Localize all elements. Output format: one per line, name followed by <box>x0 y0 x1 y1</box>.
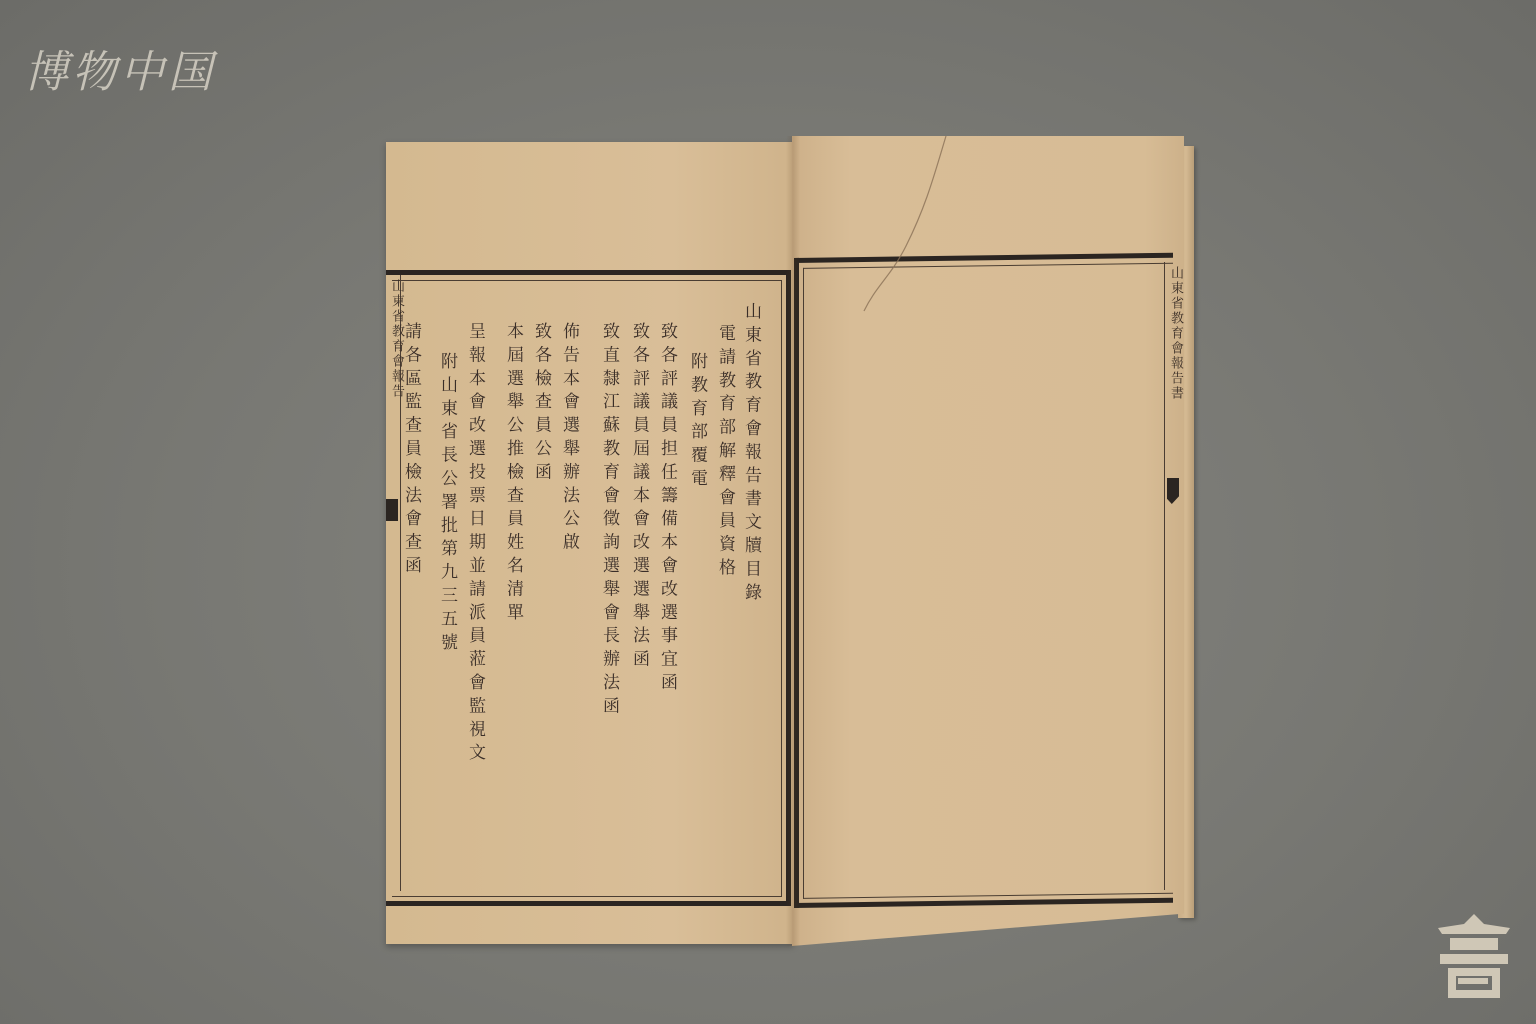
toc-entry: 致各評議員担任籌備本會改選事宜函 <box>658 322 675 696</box>
fishtail-mark-icon <box>386 499 398 521</box>
museum-watermark: 博物中国 <box>24 36 216 100</box>
pavilion-logo-icon <box>1436 912 1512 1004</box>
toc-entry: 附山東省長公署批第九三五號 <box>438 352 455 656</box>
fishtail-mark-icon <box>1167 478 1179 504</box>
left-page: 山東省教育會報告 山東省教育會報告書文牘目錄 電請教育部解釋會員資格 附教育部覆… <box>386 142 794 944</box>
book-spine-fold <box>786 136 800 946</box>
toc-entry: 呈報本會改選投票日期並請派員蒞會監視文 <box>466 322 483 767</box>
toc-entry: 致各檢查員公函 <box>532 322 549 486</box>
right-gutter-title: 山東省教育會報告書 <box>1166 266 1185 401</box>
open-book: 山東省教育會報告 山東省教育會報告書文牘目錄 電請教育部解釋會員資格 附教育部覆… <box>386 136 1194 946</box>
toc-entry: 致各評議員屆議本會改選選舉法函 <box>630 322 647 673</box>
left-page-center-gutter: 山東省教育會報告 <box>386 275 401 891</box>
toc-entry: 本屆選舉公推檢查員姓名清單 <box>504 322 521 626</box>
toc-title: 山東省教育會報告書文牘目錄 <box>742 302 759 606</box>
toc-entry: 致直隸江蘇教育會徵詢選舉會長辦法函 <box>600 322 617 720</box>
toc-entry: 附教育部覆電 <box>688 352 705 492</box>
right-page-border <box>794 253 1173 908</box>
right-page-center-gutter: 山東省教育會報告書 <box>1164 262 1183 890</box>
toc-entry: 電請教育部解釋會員資格 <box>716 324 733 581</box>
toc-entry: 佈告本會選舉辦法公啟 <box>560 322 577 556</box>
toc-entry: 請各區監查員檢法會查函 <box>402 322 419 579</box>
